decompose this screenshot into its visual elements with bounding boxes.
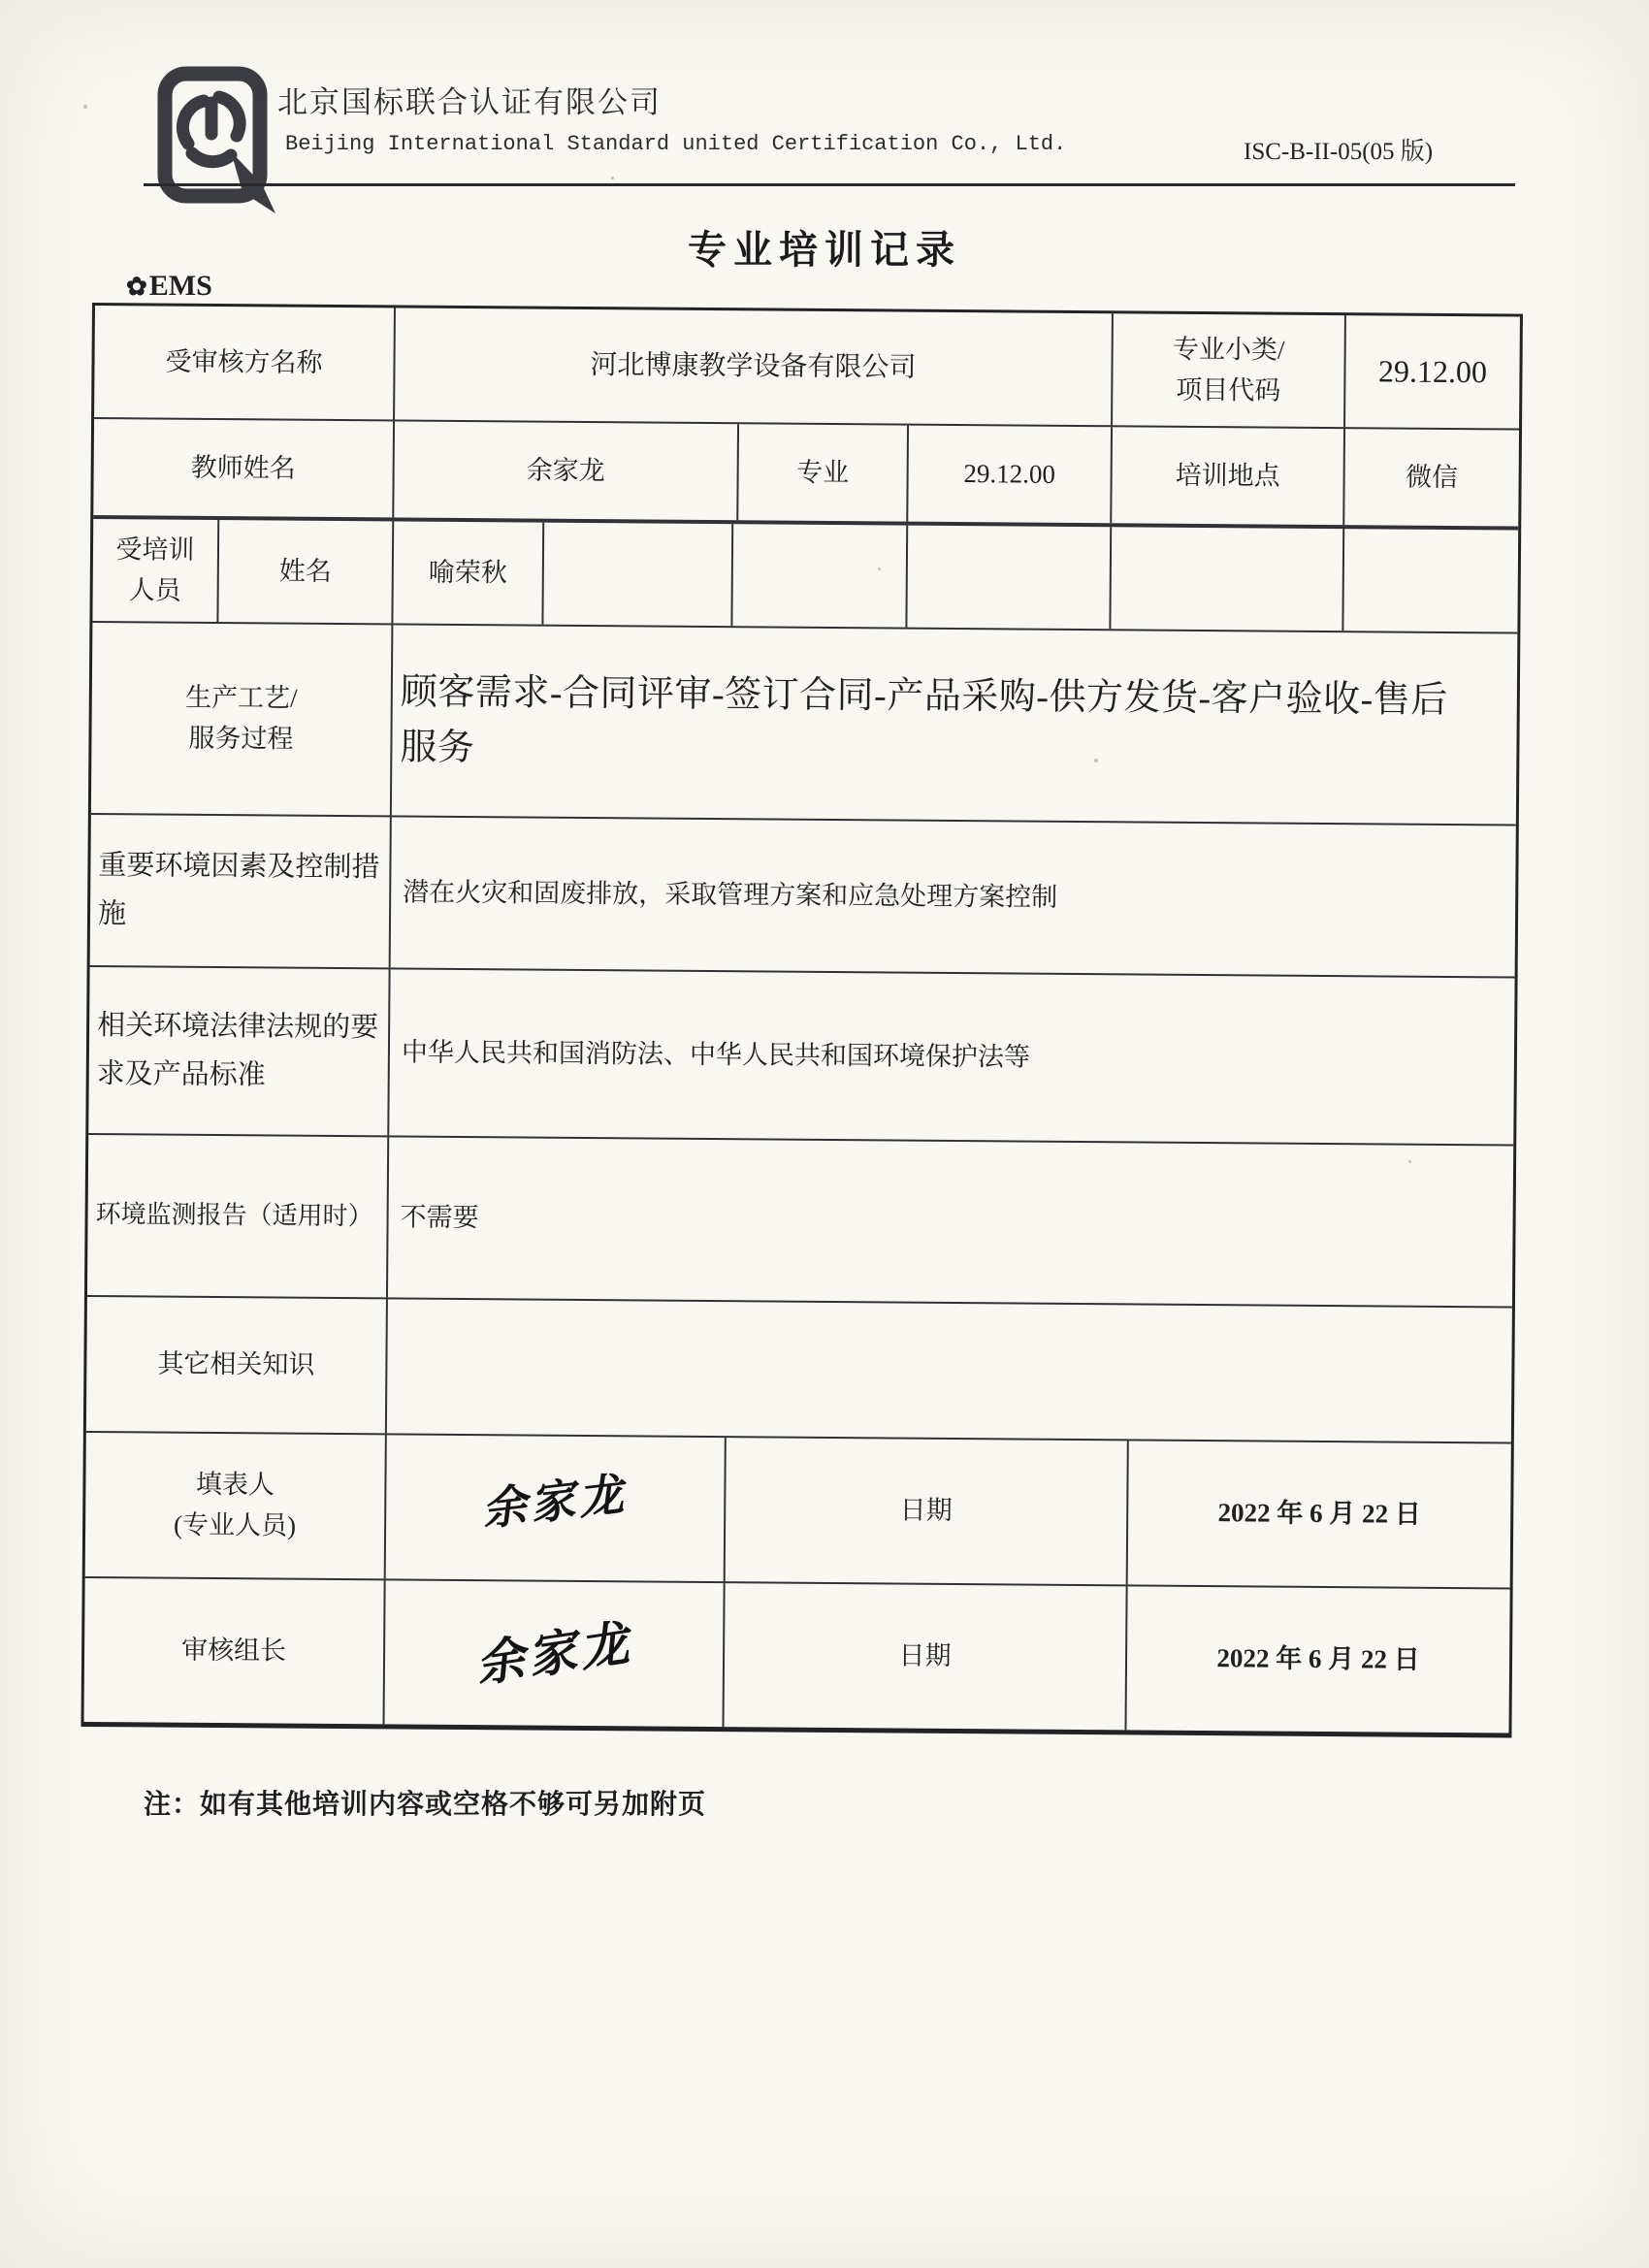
preparer-label-line1: 填表人 <box>196 1465 275 1506</box>
process-label: 生产工艺/ 服务过程 <box>91 623 394 815</box>
process-label-line1: 生产工艺/ <box>185 678 298 720</box>
regulations-label: 相关环境法律法规的要求及产品标准 <box>88 967 390 1135</box>
certification-logo-icon <box>153 62 289 217</box>
company-name-en: Beijing International Standard united Ce… <box>285 132 1066 156</box>
preparer-date-label: 日期 <box>726 1438 1129 1584</box>
trainee-name-cell <box>732 524 908 627</box>
subcategory-label-line2: 项目代码 <box>1176 370 1280 411</box>
regulations-value: 中华人民共和国消防法、中华人民共和国环境保护法等 <box>389 969 1514 1144</box>
training-record-table: 受审核方名称 河北博康教学设备有限公司 专业小类/ 项目代码 29.12.00 … <box>81 303 1522 1738</box>
trainee-name-label: 姓名 <box>218 520 394 623</box>
monitoring-value: 不需要 <box>388 1137 1513 1306</box>
page-title: 专业培训记录 <box>0 219 1649 275</box>
row-other-knowledge: 其它相关知识 <box>86 1297 1512 1444</box>
teacher-label: 教师姓名 <box>93 419 395 517</box>
trainee-name-cell <box>1111 527 1344 631</box>
monitoring-label: 环境监测报告（适用时） <box>87 1135 389 1297</box>
row-process: 生产工艺/ 服务过程 顾客需求-合同评审-签订合同-产品采购-供方发货-客户验收… <box>91 623 1518 826</box>
process-label-line2: 服务过程 <box>188 719 293 761</box>
row-monitoring: 环境监测报告（适用时） 不需要 <box>87 1135 1513 1309</box>
major-label: 专业 <box>738 424 909 521</box>
subcategory-label-line1: 专业小类/ <box>1173 329 1285 371</box>
scan-speck <box>83 105 87 109</box>
trainee-name-cell: 喻荣秋 <box>393 521 544 624</box>
row-auditee: 受审核方名称 河北博康教学设备有限公司 专业小类/ 项目代码 29.12.00 <box>94 306 1520 431</box>
handwritten-signature: 余家龙 <box>478 1460 630 1545</box>
row-preparer: 填表人 (专业人员) 余家龙 日期 2022 年 6 月 22 日 <box>85 1433 1511 1590</box>
ems-badge: ✿EMS <box>126 270 212 303</box>
form-code: ISC-B-II-05(05 版) <box>1244 132 1433 167</box>
row-trainees: 受培训 人员 姓名 喻荣秋 <box>92 519 1518 634</box>
other-knowledge-label: 其它相关知识 <box>86 1297 388 1433</box>
preparer-label-line2: (专业人员) <box>174 1506 296 1547</box>
location-label: 培训地点 <box>1112 427 1345 525</box>
trainee-name-cell <box>907 526 1112 630</box>
auditee-label: 受审核方名称 <box>94 306 396 419</box>
auditee-value: 河北博康教学设备有限公司 <box>395 308 1114 425</box>
footnote: 注：如有其他培训内容或空格不够可另加附页 <box>144 1783 706 1822</box>
trainee-name-cell <box>1343 529 1518 632</box>
audit-leader-date-label: 日期 <box>724 1583 1127 1730</box>
scan-speck <box>1094 759 1098 762</box>
location-value: 微信 <box>1344 429 1519 526</box>
gear-flower-icon: ✿ <box>126 273 147 301</box>
row-teacher: 教师姓名 余家龙 专业 29.12.00 培训地点 微信 <box>93 419 1519 531</box>
scan-speck <box>611 177 614 179</box>
row-audit-leader: 审核组长 余家龙 日期 2022 年 6 月 22 日 <box>84 1578 1510 1733</box>
audit-leader-date-value: 2022 年 6 月 22 日 <box>1126 1586 1509 1733</box>
trainees-label-line1: 受培训 <box>115 530 194 570</box>
row-env-factors: 重要环境因素及控制措施 潜在火灾和固废排放，采取管理方案和应急处理方案控制 <box>90 815 1516 979</box>
subcategory-label: 专业小类/ 项目代码 <box>1113 313 1346 427</box>
subcategory-value: 29.12.00 <box>1345 315 1520 428</box>
trainee-name-cell <box>543 523 733 627</box>
preparer-label: 填表人 (专业人员) <box>85 1433 387 1578</box>
ems-label: EMS <box>149 270 212 302</box>
audit-leader-signature: 余家龙 <box>385 1580 726 1727</box>
header-divider <box>144 183 1515 186</box>
scan-speck <box>1408 1160 1411 1163</box>
preparer-signature: 余家龙 <box>386 1435 727 1581</box>
trainees-label: 受培训 人员 <box>92 519 219 622</box>
handwritten-signature: 余家龙 <box>470 1604 637 1702</box>
preparer-date-value: 2022 年 6 月 22 日 <box>1128 1441 1511 1587</box>
trainees-label-line2: 人员 <box>129 570 181 611</box>
teacher-value: 余家龙 <box>394 421 739 520</box>
company-name-cn: 北京国标联合认证有限公司 <box>277 78 662 121</box>
audit-leader-label: 审核组长 <box>84 1578 386 1724</box>
env-factors-value: 潜在火灾和固废排放，采取管理方案和应急处理方案控制 <box>391 817 1516 976</box>
scan-speck <box>878 567 881 570</box>
process-value: 顾客需求-合同评审-签订合同-产品采购-供方发货-客户验收-售后服务 <box>392 625 1518 824</box>
row-regulations: 相关环境法律法规的要求及产品标准 中华人民共和国消防法、中华人民共和国环境保护法… <box>88 967 1514 1147</box>
env-factors-label: 重要环境因素及控制措施 <box>90 815 392 967</box>
scanned-training-record-page: 北京国标联合认证有限公司 Beijing International Stand… <box>0 0 1649 2268</box>
major-value: 29.12.00 <box>908 426 1113 524</box>
other-knowledge-value <box>387 1299 1512 1442</box>
